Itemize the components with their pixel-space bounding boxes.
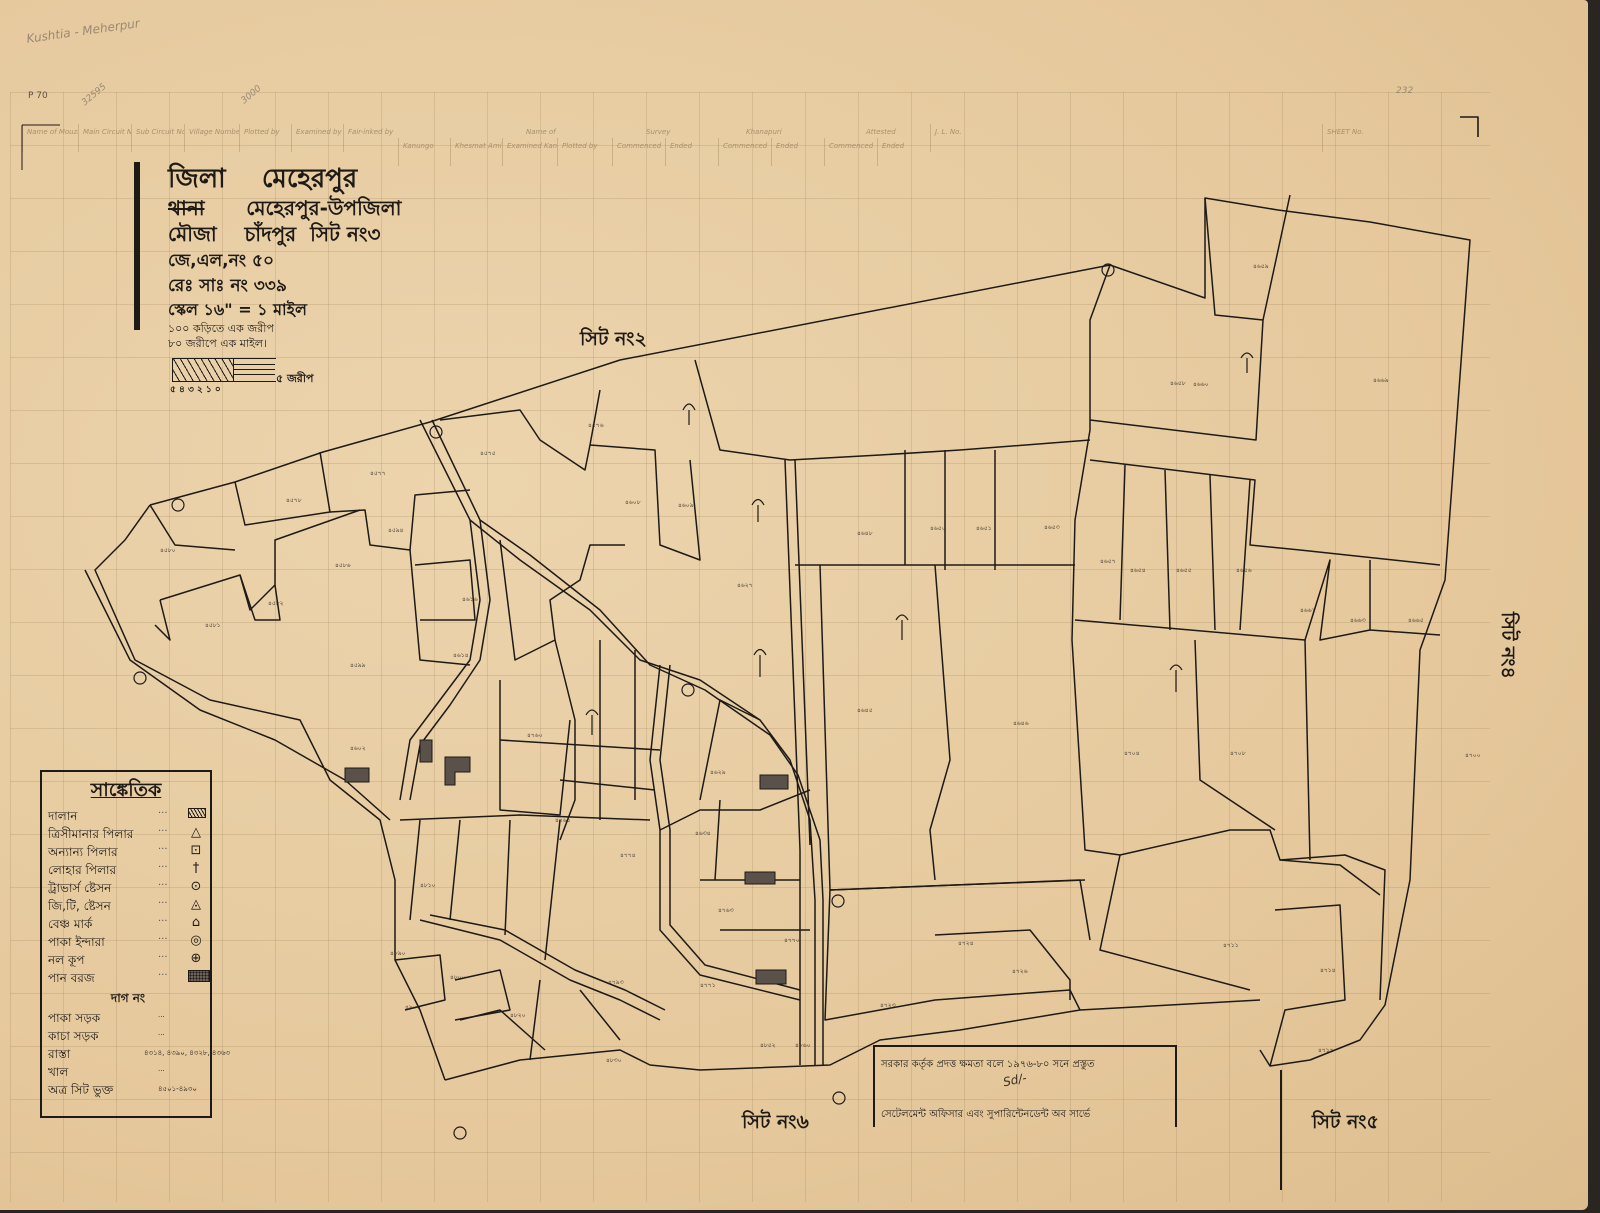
legend-plot-item: পাকা সড়ক ... [48, 1010, 208, 1028]
plot-number[interactable]: ৪৬৫৩ [1044, 522, 1060, 533]
plot-number[interactable]: ৪৭৬৩ [718, 905, 734, 916]
legend-label: পান বরজ [48, 970, 95, 990]
plot-number[interactable]: ৪৬৫৬ [1236, 565, 1252, 576]
legend-label: পাকা সড়ক [48, 1010, 100, 1030]
legend-plot-item: রাস্তা ৪৩১৪, ৪৩৯০, ৪৩২৮, ৪৩৬৩ [48, 1046, 208, 1064]
plot-number[interactable]: ৪৬৪৬ [1013, 718, 1029, 729]
legend-item: নল কূপ··· ⊕ [48, 952, 208, 970]
legend-label: দালান [48, 808, 77, 828]
plot-number[interactable]: ৪৫৭৮ [286, 495, 302, 506]
plot-number[interactable]: ৪৭৭৪ [620, 850, 636, 861]
plot-number[interactable]: ৪৬৬৩ [1350, 615, 1366, 626]
tri-junction-pillar-icon: △ [188, 826, 204, 840]
plot-number[interactable]: ৪৮২০ [510, 1010, 526, 1021]
plot-number[interactable]: ৪৬৬৫ [1408, 615, 1424, 626]
legend-label: নল কূপ [48, 952, 84, 972]
scale-bar-line [233, 369, 275, 370]
legend-value: ... [158, 1011, 165, 1019]
plot-number[interactable]: ৪৬৫০ [930, 523, 946, 534]
plot-number[interactable]: ৪৬৫১ [976, 523, 992, 534]
legend: সাঙ্কেতিক দালান··· ত্রিসীমানার পিলার··· … [40, 770, 212, 1118]
legend-item: লোহার পিলার··· † [48, 862, 208, 880]
scale-bar-line [233, 374, 275, 375]
plot-number[interactable]: ৪৮০০ [450, 972, 466, 983]
legend-label: ট্রাভার্স ষ্টেসন [48, 880, 111, 900]
scale-note-2: ৮০ জরীপে এক মাইল। [168, 335, 267, 354]
building-icon [188, 808, 204, 822]
plot-number[interactable]: ৪৫৯৯ [350, 660, 366, 671]
certificate-line-1: সরকার কর্তৃক প্রদত্ত ক্ষমতা বলে ১৯৭৬-৮০ … [881, 1057, 1095, 1074]
adjacent-sheet-south: সিট নং৬ [742, 1108, 809, 1140]
legend-label: অত্র সিট ভুক্ত [48, 1082, 113, 1102]
scale-bar [172, 358, 276, 382]
legend-item: ত্রিসীমানার পিলার··· △ [48, 826, 208, 844]
plot-number[interactable]: ৪৬১৪ [453, 650, 469, 661]
plot-number[interactable]: ৪৬২৯ [710, 767, 726, 778]
plot-number[interactable]: ৪৭৬০ [527, 730, 543, 741]
plot-number[interactable]: ৪৭৯৩ [608, 977, 624, 988]
legend-value: ... [158, 1029, 165, 1037]
district-name: মেহেরপুর [262, 164, 357, 194]
legend-value: ৪৫০১-৪৯৩০ [158, 1083, 197, 1095]
traverse-station-icon: ⊙ [188, 880, 204, 894]
scale-unit: ৫ জরীপ [276, 370, 313, 389]
plot-number[interactable]: ৪৫৭৭ [370, 468, 386, 479]
legend-subheading: দাগ নং [42, 990, 214, 1010]
plot-number[interactable]: ৪৬৫৫ [1176, 565, 1192, 576]
plot-number[interactable]: ৪৮৫২ [760, 1040, 776, 1051]
plot-number[interactable]: ৪৭২৬ [1012, 966, 1028, 977]
plot-number[interactable]: ৪৫৮০ [160, 545, 176, 556]
plot-number[interactable]: ৪৬৫৪ [1130, 565, 1146, 576]
adjacent-sheet-east: সিট নং৪ [1490, 612, 1522, 679]
plot-number[interactable]: ৪৬৫৭ [1100, 556, 1116, 567]
plot-number[interactable]: ৪৬৪৫ [857, 705, 873, 716]
legend-item: পাকা ইন্দারা··· ◎ [48, 934, 208, 952]
map-sheet: P 70 Kushtia - Meherpur 32595 3000 232 N… [0, 0, 1588, 1210]
betel-garden-icon [188, 970, 204, 984]
legend-value: ... [158, 1065, 165, 1073]
plot-number[interactable]: ৪৭০৮ [1230, 748, 1246, 759]
mouza-label: মৌজা [168, 222, 217, 246]
plot-number[interactable]: ৪৬১৬ [462, 594, 478, 605]
tube-well-icon: ⊕ [188, 952, 204, 966]
plot-number[interactable]: ৪৭২৪ [958, 938, 974, 949]
certificate-line-2: সেটেলমেন্ট অফিসার এবং সুপারিন্টেনডেন্ট অ… [881, 1107, 1090, 1124]
other-pillar-icon: ⊡ [188, 844, 204, 858]
iron-pillar-icon: † [188, 862, 204, 876]
legend-item: জি,টি, ষ্টেসন··· ◬ [48, 898, 208, 916]
legend-item: অন্যান্য পিলার··· ⊡ [48, 844, 208, 862]
plot-number[interactable]: ৪৬৬৯ [1373, 375, 1389, 386]
legend-label: কাচা সড়ক [48, 1028, 99, 1048]
masonry-well-icon: ◎ [188, 934, 204, 948]
plot-number[interactable]: ৪৬০২ [350, 743, 366, 754]
thana-label: থানা [168, 196, 205, 220]
sheet-divider [1280, 1070, 1282, 1190]
plot-number[interactable]: ৪৬৫৮ [1170, 378, 1186, 389]
legend-item: বেঞ্চ মার্ক··· ⌂ [48, 916, 208, 934]
legend-plot-item: অত্র সিট ভুক্ত ৪৫০১-৪৯৩০ [48, 1082, 208, 1100]
plot-number[interactable]: ৪৬২৭ [737, 580, 753, 591]
plot-number[interactable]: ৪৭১১ [1223, 940, 1239, 951]
plot-number[interactable]: ৪৬৬০ [1193, 379, 1209, 390]
plot-number[interactable]: ৪৮৬০ [795, 1040, 811, 1051]
district-label: জিলা [168, 164, 226, 194]
legend-label: খাল [48, 1064, 68, 1084]
legend-value: ৪৩১৪, ৪৩৯০, ৪৩২৮, ৪৩৬৩ [144, 1047, 230, 1059]
adjacent-sheet-southeast: সিট নং৫ [1312, 1108, 1379, 1140]
upazila-name: মেহেরপুর-উপজিলা [246, 196, 401, 220]
scale-bar-segment [233, 359, 276, 381]
plot-number[interactable]: ৪৬০৯ [678, 500, 694, 511]
gt-station-icon: ◬ [188, 898, 204, 912]
certificate-box: সরকার কর্তৃক প্রদত্ত ক্ষমতা বলে ১৯৭৬-৮০ … [873, 1045, 1177, 1127]
legend-item: পান বরজ··· [48, 970, 208, 988]
plot-number[interactable]: ৪৬৬১ [1300, 605, 1316, 616]
plot-number[interactable]: ৪৭০৪ [1124, 748, 1140, 759]
plot-number[interactable]: ৪৫৭৬ [588, 420, 604, 431]
plot-number[interactable]: ৪৬৫৯ [1253, 261, 1269, 272]
plot-number[interactable]: ৪৮১০ [420, 880, 436, 891]
legend-label: লোহার পিলার [48, 862, 116, 882]
legend-title: সাঙ্কেতিক [42, 776, 210, 808]
plot-number[interactable]: ৪৭১৭ [1318, 1045, 1334, 1056]
plot-number[interactable]: ৪৬৪৮ [857, 528, 873, 539]
legend-label: অন্যান্য পিলার [48, 844, 118, 864]
plot-number[interactable]: ৪৭৭১ [700, 980, 716, 991]
legend-item: দালান··· [48, 808, 208, 826]
sheet-number: সিট নং৩ [310, 222, 380, 246]
plot-number[interactable]: ৪৭২৩ [880, 1000, 896, 1011]
mouza-name: চাঁদপুর [245, 222, 297, 246]
plot-number[interactable]: ৪৫৮২ [268, 598, 284, 609]
adjacent-sheet-north: সিট নং২ [580, 325, 647, 357]
legend-label: জি,টি, ষ্টেসন [48, 898, 111, 918]
plot-number[interactable]: ৪৭৭০ [784, 935, 800, 946]
plot-number[interactable]: ৪৫৮৬ [335, 560, 351, 571]
plot-number[interactable]: ৪৭১৪ [1320, 965, 1336, 976]
plot-number[interactable]: ৪৬৩৪ [695, 828, 711, 839]
legend-label: রাস্তা [48, 1046, 70, 1066]
legend-plot-item: খাল ... [48, 1064, 208, 1082]
plot-number[interactable]: ৪৭০০ [1465, 750, 1481, 761]
title-bar-decoration [134, 162, 140, 330]
legend-label: বেঞ্চ মার্ক [48, 916, 92, 936]
scale-ticks: ৫ ৪ ৩ ২ ১ ০ [170, 382, 221, 397]
plot-number[interactable]: ৪৭৬১ [555, 815, 571, 826]
legend-plot-item: কাচা সড়ক ... [48, 1028, 208, 1046]
legend-item: ট্রাভার্স ষ্টেসন··· ⊙ [48, 880, 208, 898]
plot-number[interactable]: ৪৮৩০ [606, 1055, 622, 1066]
plot-number[interactable]: ৪৫৭৫ [480, 448, 496, 459]
bench-mark-icon: ⌂ [188, 916, 204, 930]
plot-number[interactable]: ৪৯০০ [405, 1002, 421, 1013]
jl-number: জে,এল,নং ৫০ [168, 248, 274, 276]
plot-number[interactable]: ৪৫৮১ [205, 620, 221, 631]
plot-number[interactable]: ৪৬০৮ [625, 497, 641, 508]
plot-number[interactable]: ৪৮৯০ [390, 948, 406, 959]
legend-label: পাকা ইন্দারা [48, 934, 105, 954]
plot-number[interactable]: ৪৫৯৪ [388, 525, 404, 536]
legend-label: ত্রিসীমানার পিলার [48, 826, 133, 846]
scale-bar-line [233, 364, 275, 365]
